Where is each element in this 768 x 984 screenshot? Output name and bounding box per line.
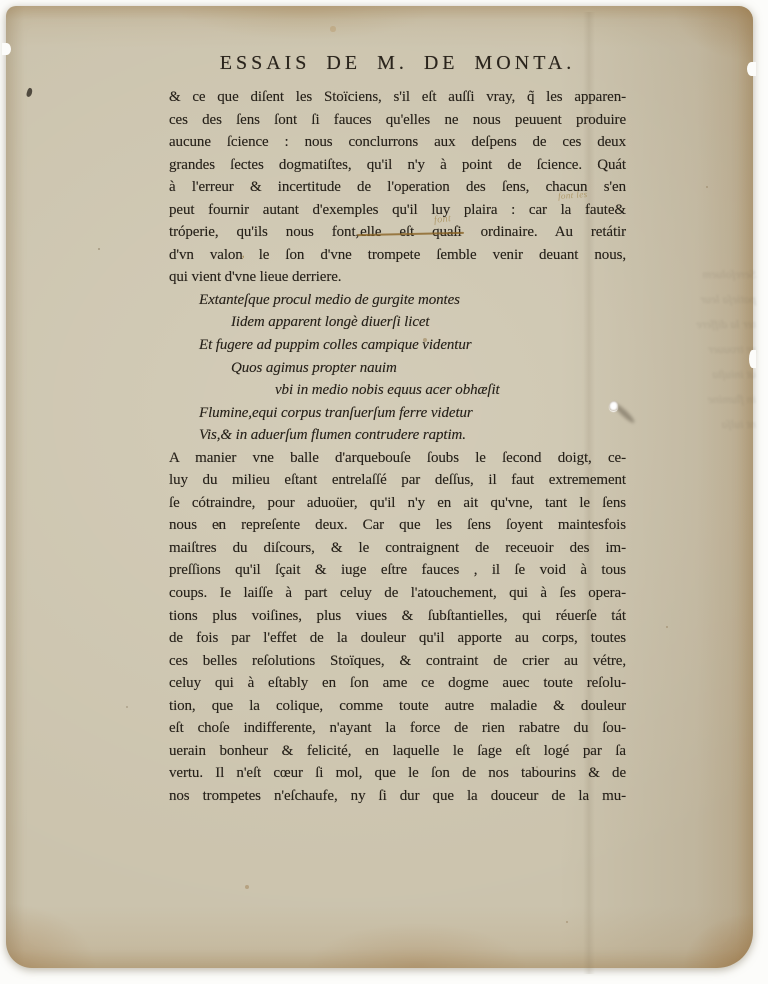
text-line: & ce que diſent les Stoïciens, s'il eſt … xyxy=(169,86,626,109)
showthrough-line: re trouuer xyxy=(604,337,756,362)
verse-line: Vis,& in aduerſum flumen contrudere rapt… xyxy=(169,424,626,447)
showthrough-line: Sereſoluem xyxy=(604,262,756,287)
verse-line: Flumine,equi corpus tranſuerſum ferre vi… xyxy=(169,402,626,425)
handwritten-annotation: font les xyxy=(558,189,588,201)
verse-line: Extanteſque procul medio de gurgite mont… xyxy=(169,289,626,312)
book-page: ESSAIS DE M. DE MONTA. & ce que diſent l… xyxy=(6,6,753,968)
text-line: ces belles reſolutions Stoïques, & contr… xyxy=(169,650,626,673)
text-line: coups. Ie laiſſe à part celuy de l'atouc… xyxy=(169,582,626,605)
running-title: ESSAIS DE M. DE MONTA. xyxy=(169,52,626,75)
text-line: tion, que la colique, comme toute autre … xyxy=(169,695,626,718)
text-line: uerain bonheur & felicité, en laquelle l… xyxy=(169,740,626,763)
text-line: nos trompetes n'eſchaufe, ny ſi dur que … xyxy=(169,785,626,808)
verse-line: Quos agimus propter nauim xyxy=(169,357,626,380)
showthrough-line: ter la differe xyxy=(604,312,756,337)
text-line: tions plus voiſines, plus viues & ſubſta… xyxy=(169,605,626,628)
showthrough-line: ut iniuſta xyxy=(604,362,756,387)
text-line: grandes ſectes dogmatiſtes, qu'il n'y à … xyxy=(169,154,626,177)
text-line: nous en repreſente deux. Car que les ſen… xyxy=(169,514,626,537)
paper-specks xyxy=(12,12,14,14)
ink-spot xyxy=(26,87,34,97)
text-line: qui vient d'vne lieue derriere. xyxy=(169,266,626,289)
showthrough-line: in flumine xyxy=(604,387,756,412)
verse-line: Iidem apparent longè diuerſi licet xyxy=(169,311,626,334)
text-line: d'vn valon le ſon d'vne trompete ſemble … xyxy=(169,244,626,267)
text-line: peut fournir autant d'exemples qu'il luy… xyxy=(169,199,626,222)
verse-line: Et fugere ad puppim colles campique vide… xyxy=(169,334,626,357)
text-line: aucune ſcience : nous conclurrons aux de… xyxy=(169,131,626,154)
page-edge-notch xyxy=(2,43,11,55)
text-line: eſt choſe indifferente, n'ayant la force… xyxy=(169,717,626,740)
text-line: celuy qui à eſtably en ſon ame ce dogme … xyxy=(169,672,626,695)
text-line: luy du milieu eſtant entrelaſſé par deſſ… xyxy=(169,469,626,492)
page-edge-chip xyxy=(749,350,756,368)
wormhole xyxy=(609,401,618,411)
page-edge-chip xyxy=(747,62,756,76)
showthrough-line: patieſa leur xyxy=(604,287,756,312)
text-line: maiſtres du diſcours, & le contraignent … xyxy=(169,537,626,560)
text-line: vertu. Il n'eſt cœur ſi mol, que le ſon … xyxy=(169,762,626,785)
text-segment: ordinaire. Au retátir xyxy=(463,224,626,240)
text-line: preſſions qu'il ſçait & iuge eſtre fauce… xyxy=(169,559,626,582)
verso-showthrough: Sereſoluem patieſa leur ter la differe r… xyxy=(604,262,756,467)
handwritten-annotation: font xyxy=(433,213,451,226)
struck-through-text: elle eſt quaſi xyxy=(359,224,462,240)
text-line-with-correction: tróperie, qu'ils nous font,elle eſt quaſ… xyxy=(169,221,626,244)
text-line: ces des ſens ſont ſi fauces qu'elles ne … xyxy=(169,109,626,132)
text-line: A manier vne balle d'arquebouſe ſoubs le… xyxy=(169,447,626,470)
verse-line: vbi in medio nobis equus acer obhæſit xyxy=(169,379,626,402)
text-segment: tróperie, qu'ils nous font, xyxy=(169,224,359,240)
text-line: de fois par l'effet de la douleur qu'il … xyxy=(169,627,626,650)
text-line: ſe cótraindre, pour aduoüer, qu'il n'y e… xyxy=(169,492,626,515)
